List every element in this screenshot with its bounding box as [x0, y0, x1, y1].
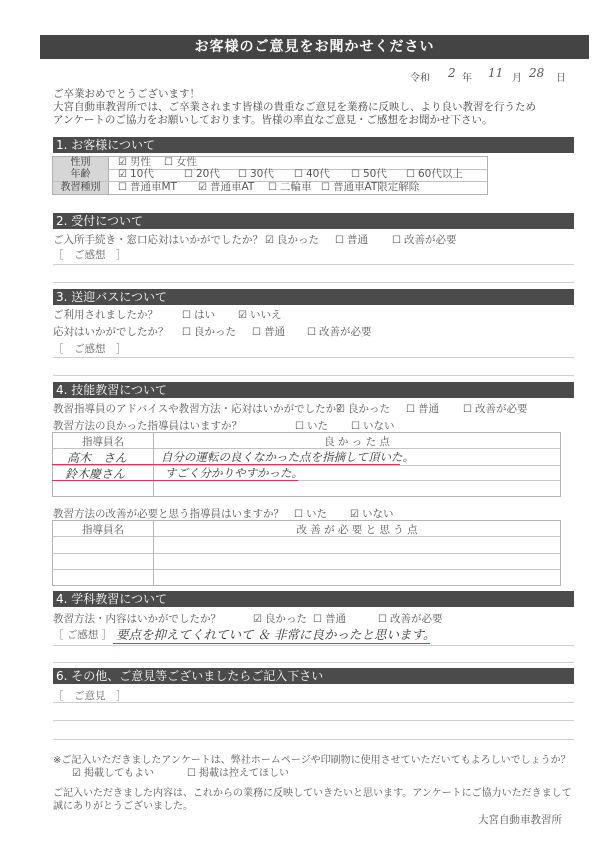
- bus-comment-line-2[interactable]: [53, 375, 574, 376]
- driving-instructor-question: 教習指導員のアドバイスや教習方法・応対はいかがでしたか？: [53, 401, 347, 416]
- date-era: 令和: [410, 69, 430, 84]
- closing-line-2: 誠にありがとうございました。: [53, 797, 193, 812]
- reception-comment-label: ［ ご感想 ］: [53, 247, 127, 262]
- other-comment-line-2[interactable]: [53, 720, 574, 721]
- good-instructor-checkbox-yes[interactable]: ☐いた: [295, 418, 328, 433]
- red-highlight-line: [52, 464, 400, 465]
- red-highlight-line: [52, 480, 298, 481]
- table-header-row: 指導員名 改 善 が 必 要 と 思 う 点: [53, 521, 560, 537]
- date-year-unit: 年: [462, 69, 472, 84]
- other-comment-line-1[interactable]: [53, 702, 574, 703]
- label-course-type: 教習種別: [53, 182, 109, 194]
- section-header-customer: 1. お客様について: [53, 137, 574, 153]
- bus-service-question: 応対はいかがでしたか？: [53, 324, 169, 339]
- date-day-unit: 日: [556, 69, 566, 84]
- table-header-row: 指導員名 良 か っ た 点: [53, 433, 560, 449]
- reception-question: ご入所手続き・窓口応対はいかがでしたか？: [53, 232, 263, 247]
- reception-checkbox-needs-improvement[interactable]: ☐改善が必要: [392, 232, 456, 247]
- page-title: お客様のご意見をお聞かせください: [40, 35, 589, 59]
- column-header-improvement-points: 改 善 が 必 要 と 思 う 点: [154, 522, 560, 537]
- driving-checkbox-good[interactable]: ☑良かった: [336, 401, 390, 416]
- improve-instructor-checkbox-no[interactable]: ☑いない: [350, 506, 393, 521]
- checkbox-age-20s[interactable]: ☐20代: [184, 168, 220, 181]
- section-header-other-opinions: 6. その他、ご意見等ございましたらご記入下さい: [53, 668, 574, 684]
- classroom-comment-line-1[interactable]: [53, 645, 574, 646]
- red-highlight-line: [113, 643, 430, 644]
- checkbox-age-50s[interactable]: ☐50代: [351, 168, 387, 181]
- bus-comment-line-1[interactable]: [53, 357, 574, 358]
- checkbox-age-60s-plus[interactable]: ☐60代以上: [406, 168, 463, 181]
- instructor-comment[interactable]: すごく分かりやすかった。: [165, 465, 303, 481]
- column-header-instructor: 指導員名: [53, 522, 153, 537]
- improve-instructor-checkbox-yes[interactable]: ☐いた: [294, 506, 327, 521]
- good-instructor-question: 教習方法の良かった指導員はいますか？: [53, 418, 242, 433]
- label-age: 年齢: [53, 169, 109, 181]
- reception-checkbox-average[interactable]: ☐普通: [335, 232, 368, 247]
- classroom-checkbox-average[interactable]: ☐普通: [313, 611, 346, 626]
- checkbox-motorcycle[interactable]: ☐二輪車: [268, 181, 311, 194]
- consent-checkbox-ok[interactable]: ☑掲載してもよい: [72, 764, 154, 779]
- section-header-reception: 2. 受付について: [53, 213, 574, 229]
- classroom-comment-label: ［ ご感想 ］: [53, 627, 112, 642]
- checkbox-age-10s[interactable]: ☑10代: [118, 168, 154, 181]
- checkbox-standard-mt[interactable]: ☐普通車MT: [118, 181, 177, 194]
- bus-checkbox-good[interactable]: ☐良かった: [182, 324, 236, 339]
- checkbox-age-40s[interactable]: ☐40代: [294, 168, 330, 181]
- bus-checkbox-needs-improvement[interactable]: ☐改善が必要: [307, 324, 371, 339]
- column-header-instructor: 指導員名: [53, 434, 153, 449]
- bus-comment-label: ［ ご感想 ］: [53, 341, 127, 356]
- checkbox-at-limit-removal[interactable]: ☐普通車AT限定解除: [321, 181, 419, 194]
- section-header-driving-lessons: 4. 技能教習について: [53, 382, 574, 398]
- classroom-comment[interactable]: 要点を抑えてくれていて ＆ 非常に良かったと思います。: [116, 625, 435, 643]
- table-row: [53, 481, 560, 496]
- date-month-unit: 月: [512, 69, 522, 84]
- improve-instructor-question: 教習方法の改善が必要と思う指導員はいますか？: [53, 506, 284, 521]
- consent-checkbox-decline[interactable]: ☐掲載は控えてほしい: [187, 764, 289, 779]
- bus-checkbox-average[interactable]: ☐普通: [252, 324, 285, 339]
- column-header-good-points: 良 か っ た 点: [154, 434, 560, 449]
- reception-comment-line-2[interactable]: [53, 282, 574, 283]
- date-day[interactable]: 28: [529, 66, 544, 80]
- other-comment-label: ［ ご意見 ］: [53, 688, 127, 703]
- column-divider: [153, 521, 154, 585]
- table-row[interactable]: [53, 570, 560, 585]
- reception-checkbox-good[interactable]: ☑良かった: [265, 232, 319, 247]
- instructor-comment[interactable]: 自分の運転の良くなかった点を指摘して頂いた。: [161, 449, 414, 465]
- driving-checkbox-average[interactable]: ☐普通: [406, 401, 439, 416]
- bus-usage-question: ご利用されましたか？: [53, 307, 158, 322]
- classroom-checkbox-good[interactable]: ☑良かった: [253, 611, 307, 626]
- section-header-classroom-lessons: 4. 学科教習について: [53, 591, 574, 607]
- classroom-checkbox-needs-improvement[interactable]: ☐改善が必要: [378, 611, 442, 626]
- improve-instructor-table: 指導員名 改 善 が 必 要 と 思 う 点: [52, 520, 561, 586]
- good-instructor-checkbox-no[interactable]: ☐いない: [351, 418, 394, 433]
- classroom-comment-line-2[interactable]: [53, 662, 574, 663]
- table-row[interactable]: [53, 554, 560, 570]
- signature: 大宮自動車教習所: [478, 812, 562, 827]
- reception-comment-line-1[interactable]: [53, 264, 574, 265]
- other-comment-line-3[interactable]: [53, 739, 574, 740]
- row-course-type: 教習種別 ☐普通車MT ☑普通車AT ☐二輪車 ☐普通車AT限定解除: [53, 182, 487, 194]
- table-row: 鈴木慶さん すごく分かりやすかった。: [53, 466, 560, 481]
- bus-checkbox-yes[interactable]: ☐はい: [182, 307, 215, 322]
- label-gender: 性別: [53, 157, 109, 169]
- section-header-shuttle-bus: 3. 送迎バスについて: [53, 289, 574, 305]
- customer-info-table: 性別 ☑男性 ☐女性 年齢 ☑10代 ☐20代 ☐30代 ☐40代 ☐50代 ☐…: [52, 156, 488, 195]
- driving-checkbox-needs-improvement[interactable]: ☐改善が必要: [463, 401, 527, 416]
- date-year[interactable]: 2: [448, 66, 456, 80]
- checkbox-standard-at[interactable]: ☑普通車AT: [198, 181, 254, 194]
- bus-checkbox-no[interactable]: ☑いいえ: [238, 307, 281, 322]
- table-row[interactable]: [53, 537, 560, 554]
- checkbox-age-30s[interactable]: ☐30代: [238, 168, 274, 181]
- date-month[interactable]: 11: [488, 66, 503, 80]
- classroom-question: 教習方法・内容はいかがでしたか？: [53, 611, 221, 626]
- intro-line-3: アンケートのご協力をお願いしております。皆様の率直なご意見・ご感想をお聞かせ下さ…: [53, 112, 493, 127]
